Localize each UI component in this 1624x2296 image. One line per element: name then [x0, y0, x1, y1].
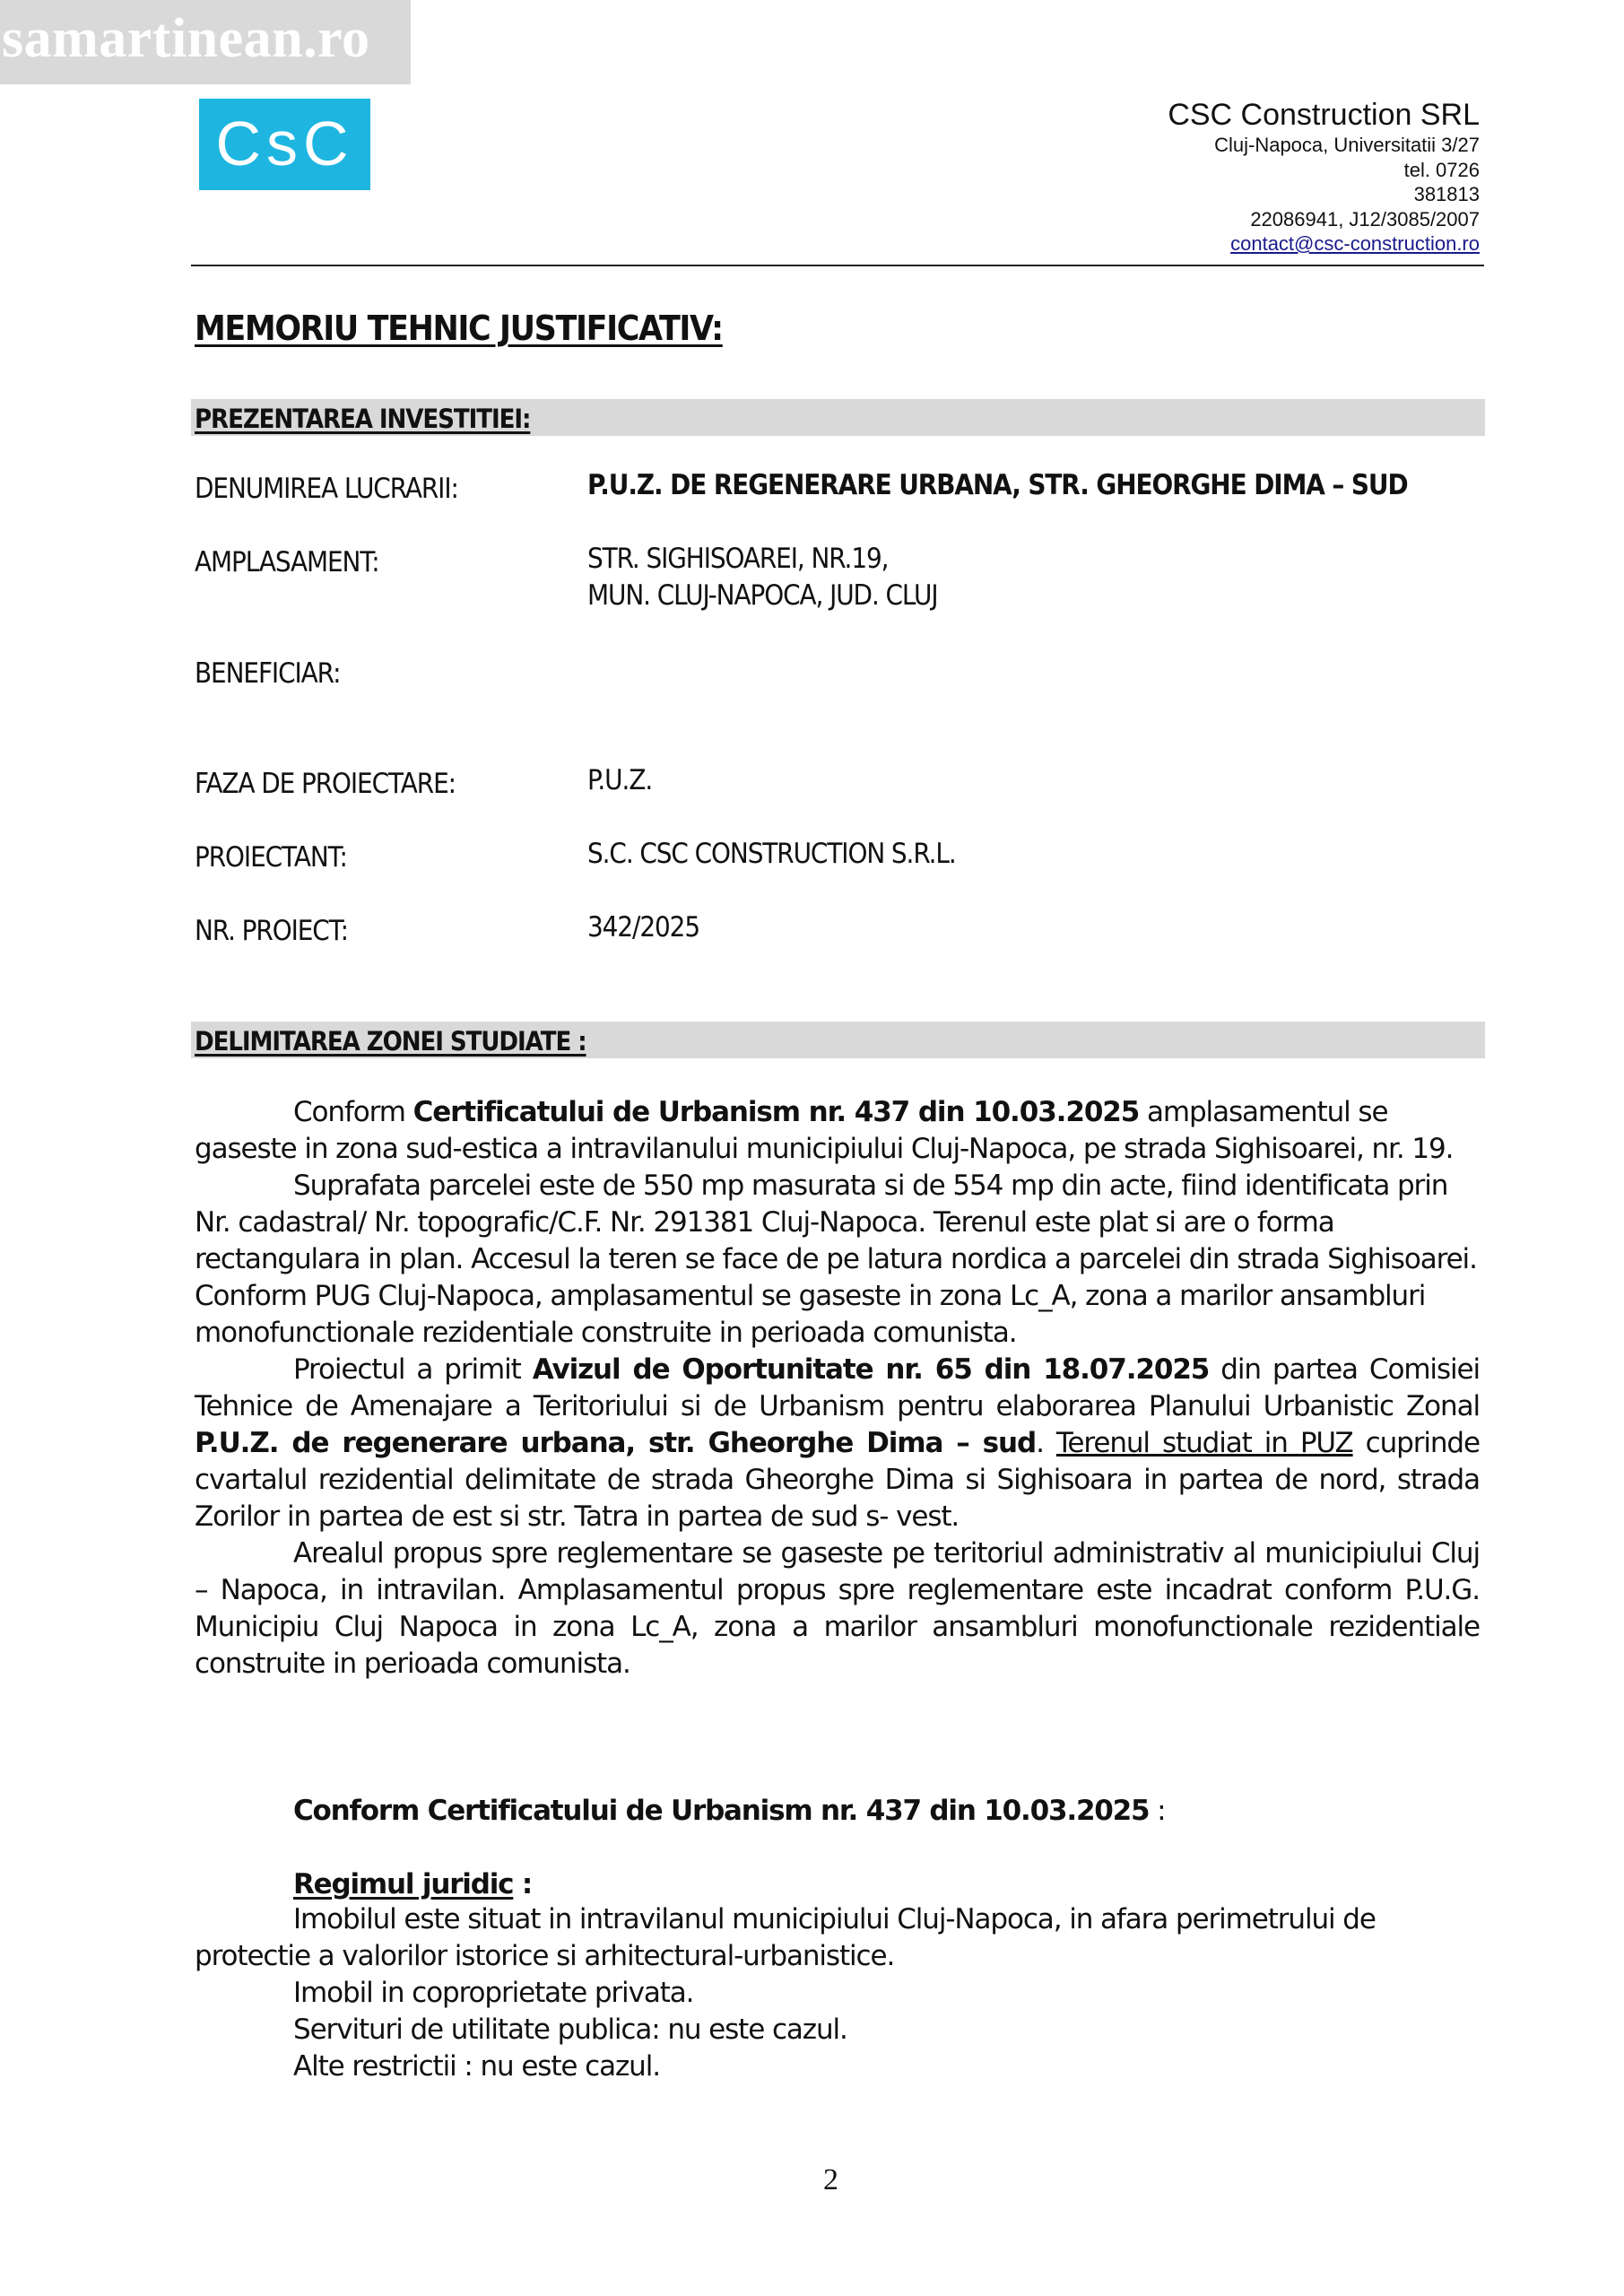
company-logo: CsC	[199, 99, 370, 190]
field-value-nr-proiect: 342/2025	[587, 909, 699, 946]
studied-area-phrase: Terenul studiat in PUZ	[1056, 1427, 1353, 1459]
watermark: samartinean.ro	[0, 0, 411, 84]
field-value-amplasament-1: STR. SIGHISOAREI, NR.19,	[587, 541, 888, 578]
field-label-denumire: DENUMIREA LUCRARII:	[195, 473, 458, 505]
company-email-link[interactable]: contact@csc-construction.ro	[1168, 231, 1480, 257]
paragraph-parcel: Suprafata parcelei este de 550 mp masura…	[195, 1168, 1480, 1352]
puz-name: P.U.Z. de regenerare urbana, str. Gheorg…	[195, 1427, 1036, 1459]
company-phone-2: 381813	[1168, 182, 1480, 207]
legal-regime-heading: Regimul juridic :	[293, 1868, 532, 1900]
legal-other-restrictions: Alte restrictii : nu este cazul.	[293, 2048, 660, 2085]
page-number: 2	[823, 2163, 838, 2197]
field-value-faza: P.U.Z.	[587, 762, 652, 799]
paragraph-area: Arealul propus spre reglementare se gase…	[195, 1535, 1480, 1683]
section-title-presentation: PREZENTAREA INVESTITIEI:	[195, 404, 530, 434]
field-label-amplasament: AMPLASAMENT:	[195, 546, 379, 578]
company-phone-1: tel. 0726	[1168, 158, 1480, 183]
field-label-nr-proiect: NR. PROIECT:	[195, 915, 348, 947]
document-title: MEMORIU TEHNIC JUSTIFICATIV:	[195, 309, 723, 348]
field-label-proiectant: PROIECTANT:	[195, 841, 347, 874]
section-title-delimitation: DELIMITAREA ZONEI STUDIATE :	[195, 1026, 586, 1057]
delimitation-body: Conform Certificatului de Urbanism nr. 4…	[195, 1094, 1480, 1683]
paragraph-certificate: Conform Certificatului de Urbanism nr. 4…	[195, 1094, 1480, 1168]
field-value-amplasament-2: MUN. CLUJ-NAPOCA, JUD. CLUJ	[587, 578, 938, 614]
field-label-faza: FAZA DE PROIECTARE:	[195, 768, 456, 800]
legal-regime-paragraph: Imobilul este situat in intravilanul mun…	[195, 1901, 1480, 1975]
company-registration: 22086941, J12/3085/2007	[1168, 207, 1480, 232]
field-value-denumire: P.U.Z. DE REGENERARE URBANA, STR. GHEORG…	[587, 467, 1408, 504]
paragraph-opportunity: Proiectul a primit Avizul de Oportunitat…	[195, 1352, 1480, 1535]
company-address: Cluj-Napoca, Universitatii 3/27	[1168, 133, 1480, 158]
header-divider	[191, 265, 1484, 266]
section-header-delimitation: DELIMITAREA ZONEI STUDIATE :	[191, 1022, 1485, 1058]
legal-regime-body: Imobilul este situat in intravilanul mun…	[195, 1901, 1480, 1975]
company-info: CSC Construction SRL Cluj-Napoca, Univer…	[1168, 97, 1480, 257]
company-name: CSC Construction SRL	[1168, 97, 1480, 133]
watermark-text: samartinean.ro	[2, 7, 370, 71]
legal-ownership: Imobil in coproprietate privata.	[293, 1975, 693, 2012]
certificate-reference: Certificatului de Urbanism nr. 437 din 1…	[413, 1096, 1140, 1128]
field-label-beneficiar: BENEFICIAR:	[195, 657, 340, 690]
section-header-presentation: PREZENTAREA INVESTITIEI:	[191, 399, 1485, 436]
logo-text: CsC	[199, 108, 370, 179]
opportunity-reference: Avizul de Oportunitate nr. 65 din 18.07.…	[533, 1353, 1210, 1386]
field-value-proiectant: S.C. CSC CONSTRUCTION S.R.L.	[587, 836, 956, 873]
certificate-heading: Conform Certificatului de Urbanism nr. 4…	[293, 1795, 1165, 1827]
legal-easements: Servituri de utilitate publica: nu este …	[293, 2012, 847, 2048]
